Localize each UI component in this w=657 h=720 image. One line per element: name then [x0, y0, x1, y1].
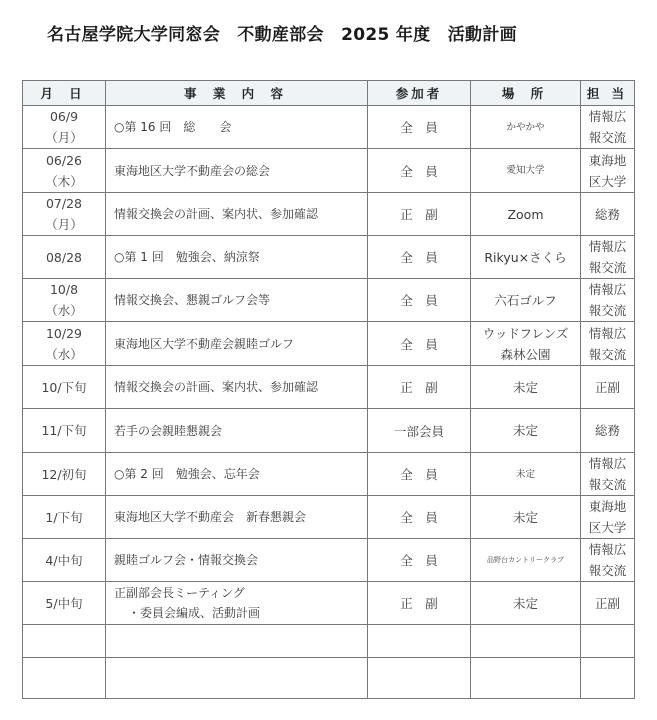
cell-line: 未定	[471, 420, 580, 441]
table-row: 12/初旬○第 2 回 勉強会、忘年会全 員未定情報広報交流	[23, 453, 635, 496]
cell-line: 未定	[471, 593, 580, 614]
table-row	[23, 625, 635, 658]
cell-line: ○第 1 回 勉強会、納涼祭	[114, 247, 367, 267]
cell-line: 東海地区大学不動産会の総会	[114, 161, 367, 181]
participants-cell: 全 員	[368, 236, 471, 279]
participants-value: 全 員	[400, 553, 438, 568]
owner-cell: 総務	[581, 193, 635, 236]
cell-line: 正副	[581, 593, 634, 614]
date-cell: 10/29（水）	[23, 322, 106, 366]
participants-value: 全 員	[400, 250, 438, 265]
date-cell	[23, 658, 106, 699]
owner-cell: 東海地区大学	[581, 496, 635, 539]
table-row: 10/29（水）東海地区大学不動産会親睦ゴルフ全 員ウッドフレンズ森林公園情報広…	[23, 322, 635, 366]
cell-line: 情報交換会、懇親ゴルフ会等	[114, 290, 367, 310]
cell-line: 10/下旬	[23, 377, 105, 398]
participants-cell	[368, 625, 471, 658]
event-cell: ○第 2 回 勉強会、忘年会	[106, 453, 368, 496]
place-cell: 品野台カントリークラブ	[471, 539, 581, 582]
place-cell: 愛知大学	[471, 149, 581, 193]
cell-line: 情報広	[581, 236, 634, 257]
owner-cell	[581, 658, 635, 699]
cell-line: 4/中旬	[23, 550, 105, 571]
cell-line: 07/28	[23, 193, 105, 214]
place-cell: Zoom	[471, 193, 581, 236]
date-cell: 07/28（月）	[23, 193, 106, 236]
date-cell: 4/中旬	[23, 539, 106, 582]
place-cell: 未定	[471, 366, 581, 409]
cell-line: 1/下旬	[23, 507, 105, 528]
cell-line: 5/中旬	[23, 593, 105, 614]
place-cell: 未定	[471, 453, 581, 496]
date-cell: 06/26（木）	[23, 149, 106, 193]
event-cell: 若手の会親睦懇親会	[106, 409, 368, 453]
date-cell: 06/9（月）	[23, 106, 106, 149]
owner-cell	[581, 625, 635, 658]
date-cell: 10/下旬	[23, 366, 106, 409]
date-cell: 08/28	[23, 236, 106, 279]
participants-value: 正 副	[400, 596, 438, 611]
cell-line: 東海地区大学不動産会 新春懇親会	[114, 507, 367, 527]
date-cell: 12/初旬	[23, 453, 106, 496]
cell-line: （木）	[23, 171, 105, 192]
event-cell	[106, 625, 368, 658]
cell-line: 報交流	[581, 344, 634, 365]
place-cell: Rikyu×さくら	[471, 236, 581, 279]
table-row: 06/26（木）東海地区大学不動産会の総会全 員愛知大学東海地区大学	[23, 149, 635, 193]
cell-line: Zoom	[471, 204, 580, 225]
table-row: 10/下旬情報交換会の計画、案内状、参加確認正 副未定正副	[23, 366, 635, 409]
place-cell: 未定	[471, 409, 581, 453]
cell-line: 情報広	[581, 453, 634, 474]
cell-line: ・委員会編成、活動計画	[114, 603, 367, 623]
owner-cell: 総務	[581, 409, 635, 453]
participants-value: 全 員	[400, 120, 438, 135]
participants-value: 全 員	[400, 337, 438, 352]
owner-cell: 情報広報交流	[581, 453, 635, 496]
cell-line: 報交流	[581, 560, 634, 581]
owner-cell: 情報広報交流	[581, 539, 635, 582]
header-event: 事 業 内 容	[106, 81, 368, 106]
table-row: 4/中旬親睦ゴルフ会・情報交換会全 員品野台カントリークラブ情報広報交流	[23, 539, 635, 582]
event-cell: 情報交換会の計画、案内状、参加確認	[106, 193, 368, 236]
participants-cell: 正 副	[368, 193, 471, 236]
cell-line: ウッドフレンズ	[471, 323, 580, 344]
cell-line: 森林公園	[471, 344, 580, 365]
cell-line: 品野台カントリークラブ	[471, 550, 580, 571]
date-cell: 1/下旬	[23, 496, 106, 539]
place-cell	[471, 625, 581, 658]
table-row: 08/28○第 1 回 勉強会、納涼祭全 員Rikyu×さくら情報広報交流	[23, 236, 635, 279]
cell-line: 報交流	[581, 127, 634, 148]
cell-line: 報交流	[581, 257, 634, 278]
participants-cell: 全 員	[368, 453, 471, 496]
participants-value: 全 員	[400, 164, 438, 179]
cell-line: 情報広	[581, 323, 634, 344]
cell-line: 情報交換会の計画、案内状、参加確認	[114, 204, 367, 224]
header-place: 場 所	[471, 81, 581, 106]
cell-line: 親睦ゴルフ会・情報交換会	[114, 550, 367, 570]
event-cell: 情報交換会、懇親ゴルフ会等	[106, 279, 368, 322]
cell-line: 情報広	[581, 539, 634, 560]
event-cell: ○第 1 回 勉強会、納涼祭	[106, 236, 368, 279]
cell-line: 未定	[471, 507, 580, 528]
owner-cell: 情報広報交流	[581, 236, 635, 279]
event-cell: 東海地区大学不動産会親睦ゴルフ	[106, 322, 368, 366]
event-cell: ○第 16 回 総 会	[106, 106, 368, 149]
cell-line: ○第 2 回 勉強会、忘年会	[114, 464, 367, 484]
owner-cell: 情報広報交流	[581, 322, 635, 366]
cell-line: 06/9	[23, 106, 105, 127]
cell-line: 情報広	[581, 106, 634, 127]
cell-line: Rikyu×さくら	[471, 247, 580, 268]
event-cell: 情報交換会の計画、案内状、参加確認	[106, 366, 368, 409]
owner-cell: 正副	[581, 582, 635, 625]
header-participants: 参加者	[368, 81, 471, 106]
date-cell: 10/8（水）	[23, 279, 106, 322]
participants-cell: 全 員	[368, 106, 471, 149]
event-cell: 正副部会長ミーティング・委員会編成、活動計画	[106, 582, 368, 625]
cell-line: 区大学	[581, 517, 634, 538]
participants-cell: 全 員	[368, 539, 471, 582]
cell-line: （水）	[23, 344, 105, 365]
cell-line: 東海地	[581, 150, 634, 171]
cell-line: 総務	[581, 204, 634, 225]
table-row: 06/9（月）○第 16 回 総 会全 員かやかや情報広報交流	[23, 106, 635, 149]
cell-line: 報交流	[581, 474, 634, 495]
participants-value: 全 員	[400, 293, 438, 308]
cell-line: 六石ゴルフ	[471, 290, 580, 311]
event-cell: 東海地区大学不動産会 新春懇親会	[106, 496, 368, 539]
participants-cell: 全 員	[368, 322, 471, 366]
owner-cell: 正副	[581, 366, 635, 409]
cell-line: 報交流	[581, 300, 634, 321]
date-cell	[23, 625, 106, 658]
cell-line: 11/下旬	[23, 420, 105, 441]
activity-plan-table: 月 日 事 業 内 容 参加者 場 所 担 当 06/9（月）○第 16 回 総…	[22, 80, 635, 699]
header-owner: 担 当	[581, 81, 635, 106]
place-cell: ウッドフレンズ森林公園	[471, 322, 581, 366]
event-cell: 親睦ゴルフ会・情報交換会	[106, 539, 368, 582]
date-cell: 11/下旬	[23, 409, 106, 453]
cell-line: （水）	[23, 300, 105, 321]
participants-value: 正 副	[400, 380, 438, 395]
participants-cell: 全 員	[368, 279, 471, 322]
table-row: 1/下旬東海地区大学不動産会 新春懇親会全 員未定東海地区大学	[23, 496, 635, 539]
cell-line: 若手の会親睦懇親会	[114, 421, 367, 441]
participants-cell: 正 副	[368, 366, 471, 409]
cell-line: 東海地	[581, 496, 634, 517]
document-title: 名古屋学院大学同窓会 不動産部会 2025 年度 活動計画	[47, 20, 517, 45]
event-cell	[106, 658, 368, 699]
table-row: 07/28（月）情報交換会の計画、案内状、参加確認正 副Zoom総務	[23, 193, 635, 236]
participants-value: 一部会員	[394, 424, 444, 439]
cell-line: 正副部会長ミーティング	[114, 583, 367, 603]
cell-line: 愛知大学	[471, 160, 580, 181]
cell-line: 正副	[581, 377, 634, 398]
table-row: 10/8（水）情報交換会、懇親ゴルフ会等全 員六石ゴルフ情報広報交流	[23, 279, 635, 322]
event-cell: 東海地区大学不動産会の総会	[106, 149, 368, 193]
cell-line: かやかや	[471, 117, 580, 138]
table-header-row: 月 日 事 業 内 容 参加者 場 所 担 当	[23, 81, 635, 106]
owner-cell: 情報広報交流	[581, 106, 635, 149]
owner-cell: 東海地区大学	[581, 149, 635, 193]
cell-line: 08/28	[23, 247, 105, 268]
place-cell: 未定	[471, 582, 581, 625]
participants-cell: 全 員	[368, 149, 471, 193]
table-row: 5/中旬正副部会長ミーティング・委員会編成、活動計画正 副未定正副	[23, 582, 635, 625]
participants-cell: 一部会員	[368, 409, 471, 453]
header-date: 月 日	[23, 81, 106, 106]
cell-line: ○第 16 回 総 会	[114, 117, 367, 137]
cell-line: 東海地区大学不動産会親睦ゴルフ	[114, 334, 367, 354]
cell-line: 12/初旬	[23, 464, 105, 485]
place-cell: かやかや	[471, 106, 581, 149]
participants-cell: 全 員	[368, 496, 471, 539]
cell-line: 未定	[471, 464, 580, 485]
participants-value: 全 員	[400, 467, 438, 482]
cell-line: 情報広	[581, 279, 634, 300]
participants-value: 全 員	[400, 510, 438, 525]
place-cell: 未定	[471, 496, 581, 539]
cell-line: （月）	[23, 214, 105, 235]
cell-line: 未定	[471, 377, 580, 398]
participants-cell	[368, 658, 471, 699]
date-cell: 5/中旬	[23, 582, 106, 625]
cell-line: 情報交換会の計画、案内状、参加確認	[114, 377, 367, 397]
cell-line: 10/8	[23, 279, 105, 300]
place-cell	[471, 658, 581, 699]
cell-line: 06/26	[23, 150, 105, 171]
table-row: 11/下旬若手の会親睦懇親会一部会員未定総務	[23, 409, 635, 453]
cell-line: 区大学	[581, 171, 634, 192]
participants-value: 正 副	[400, 207, 438, 222]
place-cell: 六石ゴルフ	[471, 279, 581, 322]
owner-cell: 情報広報交流	[581, 279, 635, 322]
cell-line: 総務	[581, 420, 634, 441]
participants-cell: 正 副	[368, 582, 471, 625]
table-row	[23, 658, 635, 699]
cell-line: 10/29	[23, 323, 105, 344]
cell-line: （月）	[23, 127, 105, 148]
